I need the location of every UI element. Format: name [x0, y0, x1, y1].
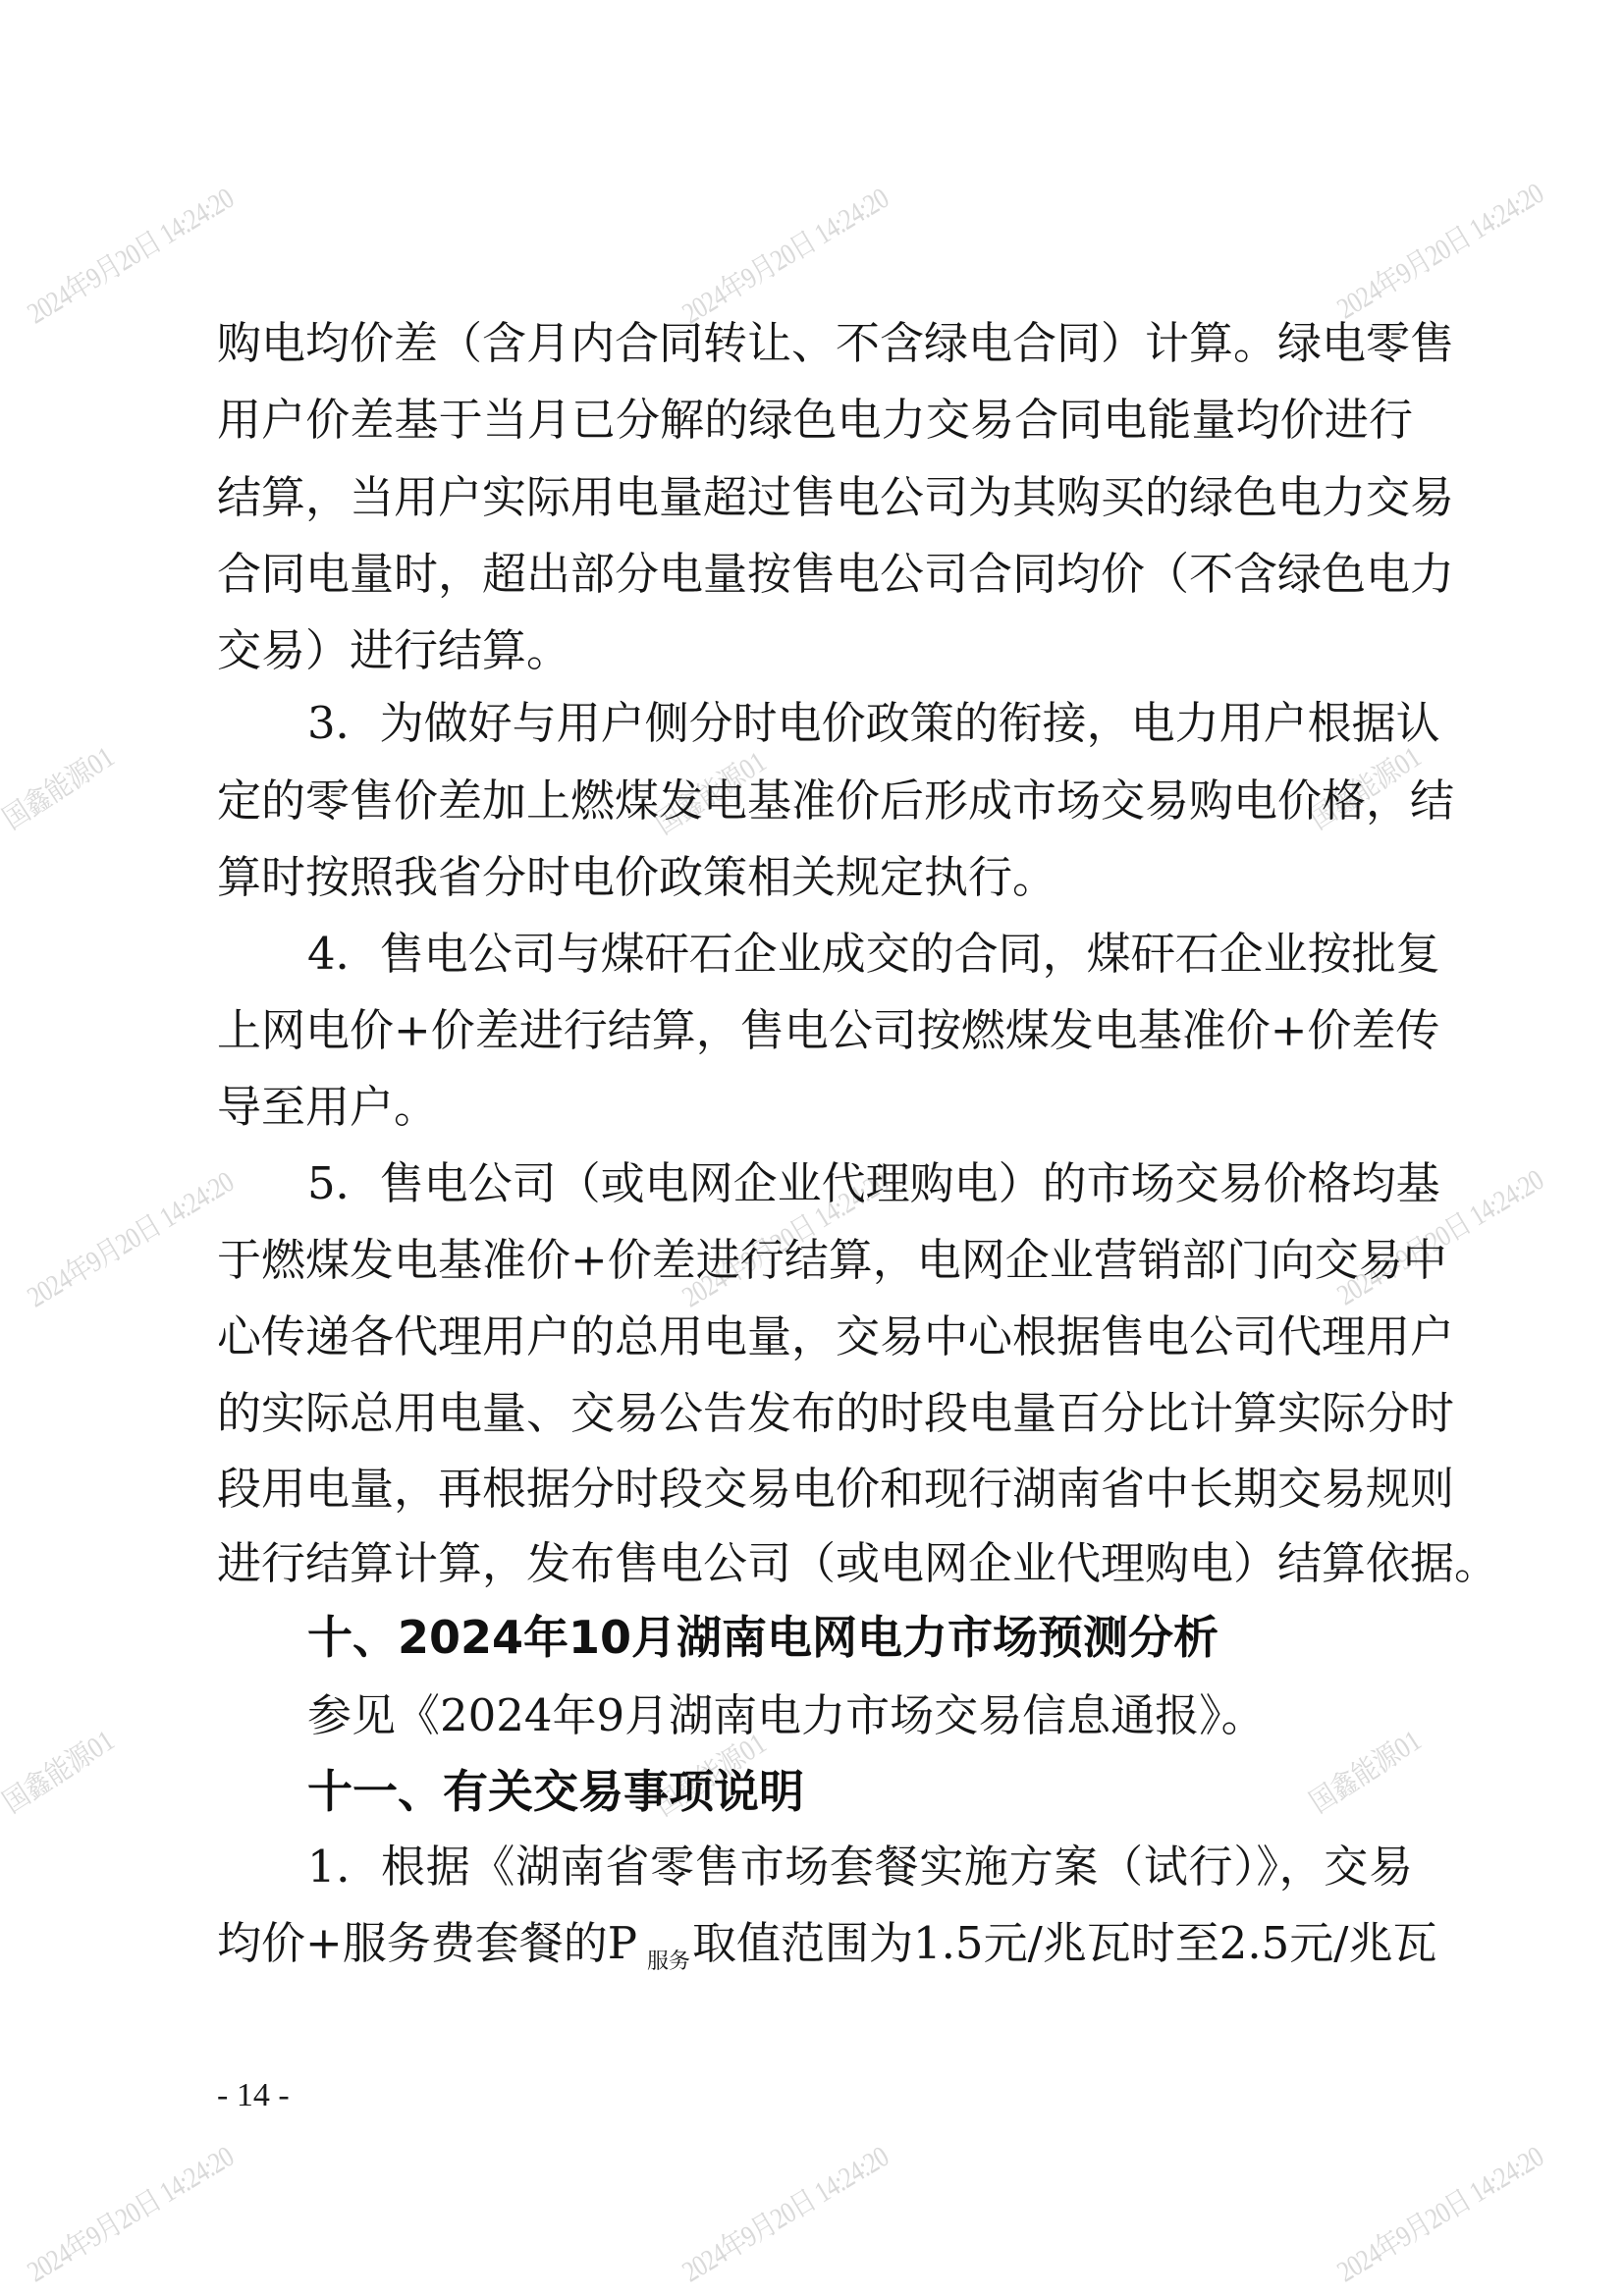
text-before-subscript: 均价+服务费套餐的P	[217, 1917, 637, 1969]
body-line: 交易）进行结算。	[217, 613, 1413, 689]
section-heading-11: 十一、有关交易事项说明	[307, 1753, 1413, 1830]
subscript-service: 服务	[647, 1949, 690, 1974]
watermark-date: 2024年9月20日 14:24:20	[1327, 170, 1550, 327]
text-after-subscript: 取值范围为1.5元/兆瓦时至2.5元/兆瓦	[692, 1917, 1436, 1969]
watermark-org: 国鑫能源01	[0, 1717, 121, 1821]
body-line: 导至用户。	[217, 1069, 1413, 1146]
watermark-date: 2024年9月20日 14:24:20	[1327, 2133, 1550, 2290]
paragraph-item-4: 4．售电公司与煤矸石企业成交的合同，煤矸石企业按批复	[307, 916, 1413, 992]
body-line: 于燃煤发电基准价+价差进行结算，电网企业营销部门向交易中	[217, 1222, 1413, 1299]
body-line: 算时按照我省分时电价政策相关规定执行。	[217, 839, 1413, 916]
watermark-date: 2024年9月20日 14:24:20	[18, 1158, 241, 1315]
page-number: - 14 -	[217, 2075, 290, 2116]
body-line: 结算，当用户实际用电量超过售电公司为其购买的绿色电力交易	[217, 459, 1413, 536]
reference-line: 参见《2024年9月湖南电力市场交易信息通报》。	[307, 1678, 1413, 1754]
watermark-date: 2024年9月20日 14:24:20	[18, 175, 241, 332]
paragraph-item-1: 1．根据《湖南省零售市场套餐实施方案（试行）》，交易	[307, 1829, 1413, 1905]
body-line: 段用电量，再根据分时段交易电价和现行湖南省中长期交易规则	[217, 1451, 1413, 1527]
paragraph-item-3: 3．为做好与用户侧分时电价政策的衔接，电力用户根据认	[307, 685, 1413, 762]
body-line: 上网电价+价差进行结算，售电公司按燃煤发电基准价+价差传	[217, 992, 1413, 1069]
body-line: 的实际总用电量、交易公告发布的时段电量百分比计算实际分时	[217, 1375, 1413, 1452]
body-line: 心传递各代理用户的总用电量，交易中心根据售电公司代理用户	[217, 1299, 1413, 1375]
body-line: 用户价差基于当月已分解的绿色电力交易合同电能量均价进行	[217, 382, 1413, 458]
body-line-with-subscript: 均价+服务费套餐的P服务取值范围为1.5元/兆瓦时至2.5元/兆瓦	[217, 1905, 1413, 1982]
watermark-date: 2024年9月20日 14:24:20	[18, 2133, 241, 2290]
body-line: 定的零售价差加上燃煤发电基准价后形成市场交易购电价格，结	[217, 763, 1413, 839]
section-heading-10: 十、2024年10月湖南电网电力市场预测分析	[307, 1599, 1413, 1676]
watermark-org: 国鑫能源01	[0, 733, 121, 837]
watermark-date: 2024年9月20日 14:24:20	[673, 2133, 895, 2290]
paragraph-item-5: 5．售电公司（或电网企业代理购电）的市场交易价格均基	[307, 1146, 1413, 1222]
document-page: 2024年9月20日 14:24:20 2024年9月20日 14:24:20 …	[0, 0, 1624, 2296]
body-line: 合同电量时，超出部分电量按售电公司合同均价（不含绿色电力	[217, 536, 1413, 613]
body-line: 进行结算计算，发布售电公司（或电网企业代理购电）结算依据。	[217, 1525, 1413, 1602]
body-line: 购电均价差（含月内合同转让、不含绿电合同）计算。绿电零售	[217, 305, 1413, 382]
